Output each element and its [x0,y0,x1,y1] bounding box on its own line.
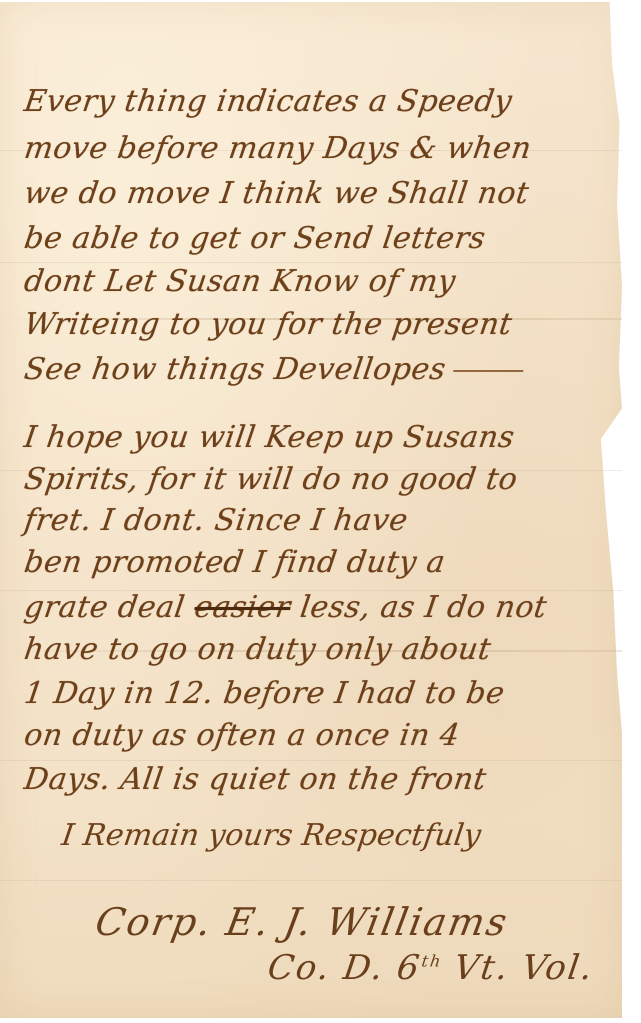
letter-line: See how things Devellopes [22,352,526,387]
unit-ordinal: th [420,952,443,971]
letter-closing: I Remain yours Respectfuly [60,818,484,853]
letter-line: we do move I think we Shall not [22,176,531,211]
letter-line: on duty as often a once in 4 [22,718,462,753]
letter-line: have to go on duty only about [22,632,493,667]
unit-prefix: Co. D. 6 [265,948,423,988]
letter-line-text: grate deal [22,590,197,625]
letter-body: Every thing indicates a Speedy move befo… [0,0,622,1016]
letter-line: 1 Day in 12. before I had to be [22,676,507,711]
letter-line-text: less, as I do not [288,590,549,625]
struck-word: easier [192,590,293,625]
letter-line: grate deal easier less, as I do not [22,590,549,625]
document-page: Every thing indicates a Speedy move befo… [0,0,641,1023]
letter-line: Every thing indicates a Speedy [22,84,514,119]
letter-line: Writeing to you for the present [22,307,514,342]
letter-line: I hope you will Keep up Susans [22,420,517,455]
letter-line: dont Let Susan Know of my [22,264,458,299]
signature-name: Corp. E. J. Williams [92,900,512,944]
line-dash [453,370,523,372]
letter-line-text: See how things Devellopes [22,352,448,387]
unit-suffix: Vt. Vol. [439,948,597,988]
letter-line: be able to get or Send letters [22,221,488,256]
letter-line: Spirits, for it will do no good to [22,462,520,497]
letter-line: ben promoted I find duty a [22,545,447,580]
signature-unit: Co. D. 6th Vt. Vol. [265,948,596,988]
letter-line: Days. All is quiet on the front [22,762,489,797]
letter-line: move before many Days & when [22,131,534,166]
letter-line: fret. I dont. Since I have [22,503,410,538]
